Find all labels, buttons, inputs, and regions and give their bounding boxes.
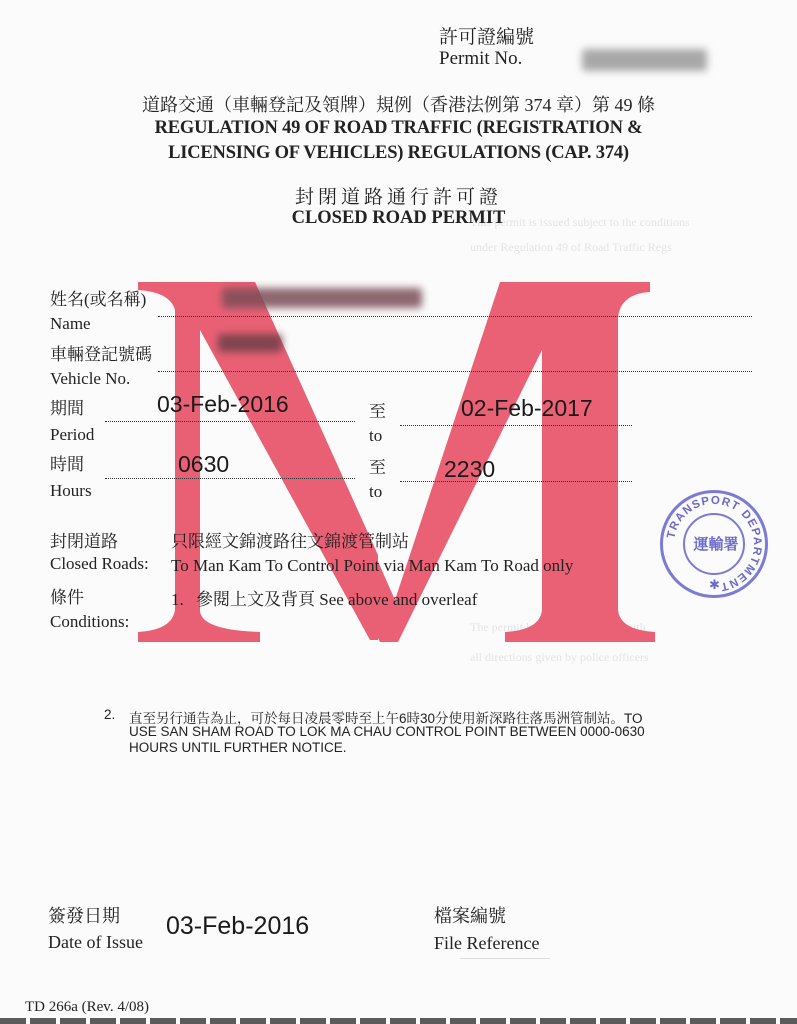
transport-department-stamp: TRANSPORT DEPARTMENT 運輸署 ✱ <box>660 490 768 598</box>
hours-to-line <box>400 481 632 482</box>
condition-2-text-en-1: USE SAN SHAM ROAD TO LOK MA CHAU CONTROL… <box>129 724 645 739</box>
regulation-title-en-1: REGULATION 49 OF ROAD TRAFFIC (REGISTRAT… <box>0 118 797 139</box>
name-label-cn: 姓名(或名稱) <box>50 290 146 310</box>
vehicle-label-cn: 車輛登記號碼 <box>50 345 152 365</box>
closed-roads-label-en: Closed Roads: <box>50 554 149 574</box>
period-from-line <box>105 421 355 422</box>
name-field-line <box>158 316 752 317</box>
hours-to-label-cn: 至 <box>369 458 386 478</box>
bleed-through-text: all directions given by police officers <box>470 650 649 665</box>
vehicle-field-line <box>158 371 752 372</box>
condition-2-text-en-2: HOURS UNTIL FURTHER NOTICE. <box>129 740 347 755</box>
issue-date-label-cn: 簽發日期 <box>48 906 120 926</box>
file-reference-label-cn: 檔案編號 <box>434 906 506 926</box>
bleed-through-text: The permit holder shall comply with <box>470 620 646 635</box>
vehicle-label-en: Vehicle No. <box>50 369 130 389</box>
file-reference-value-faint <box>460 950 550 959</box>
condition-2-number: 2. <box>104 707 115 722</box>
conditions-label-cn: 條件 <box>50 588 84 608</box>
stamp-inner-circle: 運輸署 <box>683 513 745 575</box>
stamp-center-text: 運輸署 <box>685 533 747 554</box>
conditions-label-en: Conditions: <box>50 612 129 632</box>
period-label-en: Period <box>50 425 94 445</box>
period-to-label-en: to <box>369 426 382 446</box>
period-label-cn: 期間 <box>50 399 84 419</box>
period-to-line <box>400 425 632 426</box>
condition-1-text: 參閱上文及背頁 See above and overleaf <box>196 590 477 610</box>
period-to-value: 02-Feb-2017 <box>461 395 593 422</box>
hours-from-line <box>105 478 355 479</box>
permit-no-label-cn: 許可證編號 <box>439 22 534 49</box>
hours-label-cn: 時間 <box>50 455 84 475</box>
period-from-value: 03-Feb-2016 <box>157 391 289 418</box>
regulation-title-en-2: LICENSING OF VEHICLES) REGULATIONS (CAP.… <box>0 143 797 164</box>
closed-roads-value-en: To Man Kam To Control Point via Man Kam … <box>171 556 573 576</box>
issue-date-label-en: Date of Issue <box>48 932 143 952</box>
issue-date-value: 03-Feb-2016 <box>166 912 309 941</box>
condition-1-number: 1. <box>171 590 184 610</box>
permit-title-en: CLOSED ROAD PERMIT <box>0 208 797 229</box>
permit-no-value-redacted <box>582 49 707 71</box>
closed-roads-label-cn: 封閉道路 <box>50 532 118 552</box>
hours-from-value: 0630 <box>178 451 229 478</box>
name-value-redacted <box>222 288 422 308</box>
permit-no-label-en: Permit No. <box>439 48 522 70</box>
bleed-through-text: under Regulation 49 of Road Traffic Regs <box>470 240 672 255</box>
vehicle-value-redacted <box>218 334 282 352</box>
star-icon: ✱ <box>709 577 720 593</box>
hours-label-en: Hours <box>50 481 92 501</box>
period-to-label-cn: 至 <box>369 402 386 422</box>
hours-to-value: 2230 <box>444 456 495 483</box>
form-code: TD 266a (Rev. 4/08) <box>25 999 149 1016</box>
permit-title-cn: 封閉道路通行許可證 <box>0 182 797 209</box>
name-label-en: Name <box>50 314 91 334</box>
regulation-title-cn: 道路交通（車輛登記及領牌）規例（香港法例第 374 章）第 49 條 <box>0 91 797 117</box>
hours-to-label-en: to <box>369 482 382 502</box>
perforation-edge <box>0 1018 797 1024</box>
closed-roads-value-cn: 只限經文錦渡路往文錦渡管制站 <box>171 532 409 552</box>
